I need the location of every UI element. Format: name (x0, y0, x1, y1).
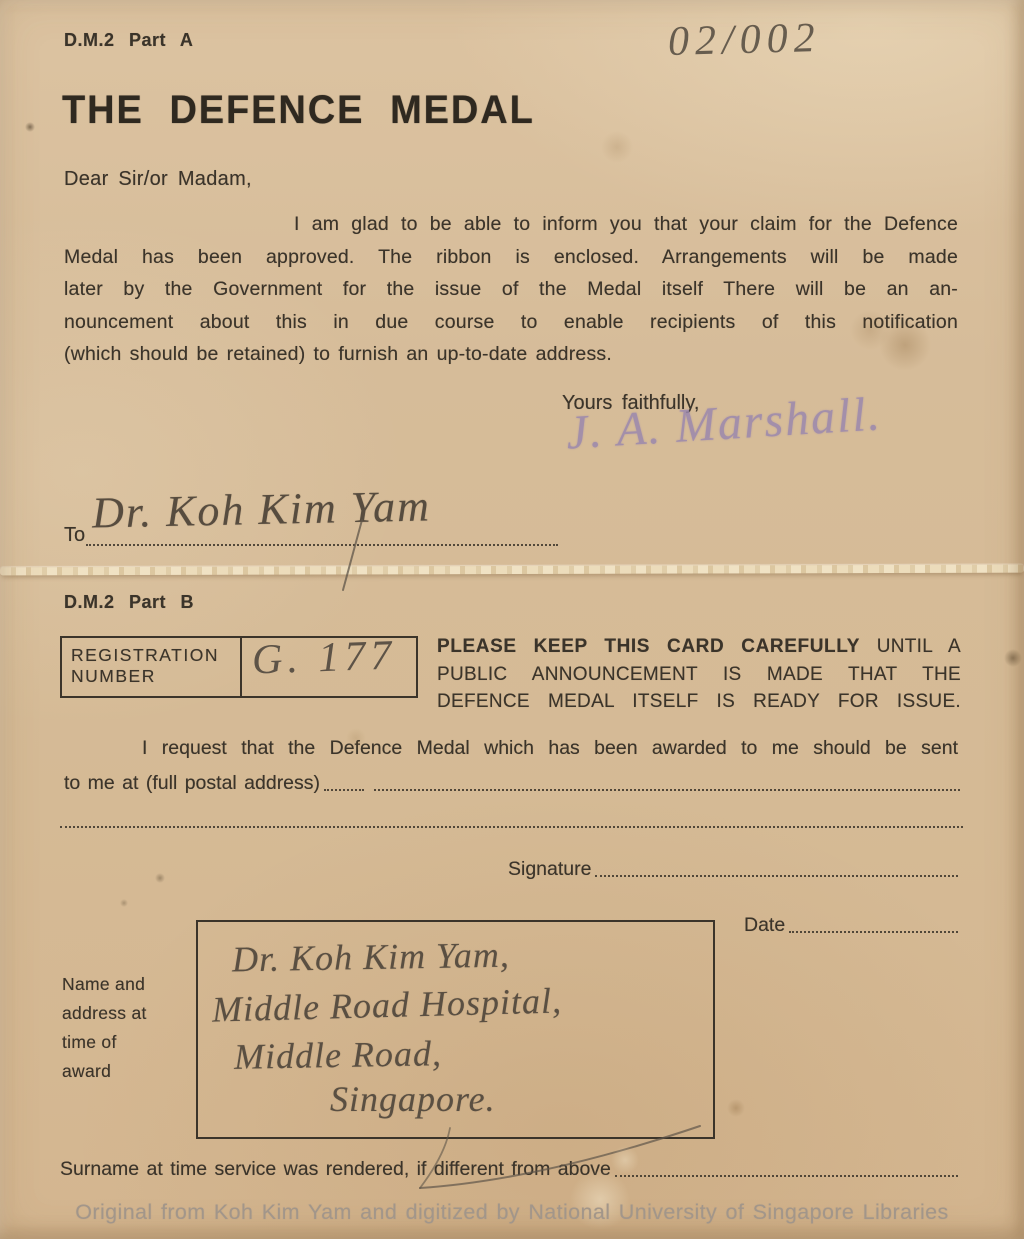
name-address-caption: Name and address at time of award (62, 970, 147, 1086)
blank-address-line (60, 806, 963, 828)
registration-label-line: NUMBER (71, 666, 219, 687)
body-line: Medal has been approved. The ribbon is e… (64, 241, 958, 274)
body-line: (which should be retained) to furnish an… (64, 338, 958, 371)
notice-line: PUBLIC ANNOUNCEMENT IS MADE THAT THE (437, 661, 961, 689)
form-label-part-a: D.M.2 Part A (64, 30, 193, 51)
caption-line: Name and (62, 970, 147, 999)
registration-box-divider (240, 638, 242, 696)
postal-address-line: to me at (full postal address) (64, 772, 960, 795)
digitization-watermark: Original from Koh Kim Yam and digitized … (0, 1200, 1024, 1225)
dotted-leader (595, 875, 958, 877)
scanned-document: { "document": { "part_a": { "form_label"… (0, 0, 1024, 1239)
awardee-address-handwritten: Dr. Koh Kim Yam, (232, 934, 510, 981)
registration-number-value: G. 177 (251, 631, 397, 684)
keep-card-notice: PLEASE KEEP THIS CARD CAREFULLY UNTIL A … (437, 633, 961, 716)
body-line: nouncement about this in due course to e… (64, 306, 958, 339)
notice-text: UNTIL A (877, 636, 961, 657)
date-label: Date (744, 914, 785, 937)
signature-line: Signature (508, 858, 958, 881)
registration-label-line: REGISTRATION (71, 645, 219, 666)
caption-line: time of (62, 1028, 147, 1057)
dotted-leader (374, 789, 960, 791)
surname-line: Surname at time service was rendered, if… (60, 1158, 958, 1181)
surname-label: Surname at time service was rendered, if… (60, 1158, 611, 1181)
form-label-part-b: D.M.2 Part B (64, 592, 194, 613)
registration-number-box: REGISTRATION NUMBER G. 177 (60, 636, 418, 698)
notice-line: DEFENCE MEDAL ITSELF IS READY FOR ISSUE. (437, 688, 961, 716)
caption-line: address at (62, 999, 147, 1028)
dotted-leader (615, 1175, 958, 1177)
postal-address-label: to me at (full postal address) (64, 772, 320, 795)
body-paragraph: I am glad to be able to inform you that … (64, 208, 958, 371)
name-address-box: Dr. Koh Kim Yam, Middle Road Hospital, M… (196, 920, 715, 1139)
awardee-address-handwritten: Middle Road, (234, 1032, 443, 1078)
recipient-name-handwritten: Dr. Koh Kim Yam (92, 480, 432, 538)
dotted-leader (324, 789, 364, 791)
file-number-handwritten: 02/002 (667, 14, 821, 66)
document-title: THE DEFENCE MEDAL (62, 88, 535, 133)
dotted-leader (789, 931, 958, 933)
salutation: Dear Sir/or Madam, (64, 168, 252, 191)
awardee-address-handwritten: Singapore. (330, 1078, 496, 1120)
awardee-address-handwritten: Middle Road Hospital, (212, 979, 563, 1030)
registration-number-label: REGISTRATION NUMBER (71, 645, 219, 687)
body-line: I am glad to be able to inform you that … (64, 208, 958, 241)
notice-bold-text: PLEASE KEEP THIS CARD CAREFULLY (437, 636, 860, 657)
fold-tear-line (0, 565, 1024, 576)
caption-line: award (62, 1057, 147, 1086)
body-line: later by the Government for the issue of… (64, 273, 958, 306)
notice-line: PLEASE KEEP THIS CARD CAREFULLY UNTIL A (437, 633, 961, 661)
request-line: I request that the Defence Medal which h… (64, 737, 958, 760)
signature-label: Signature (508, 858, 591, 881)
to-label: To (64, 524, 85, 547)
date-line: Date (744, 914, 958, 937)
